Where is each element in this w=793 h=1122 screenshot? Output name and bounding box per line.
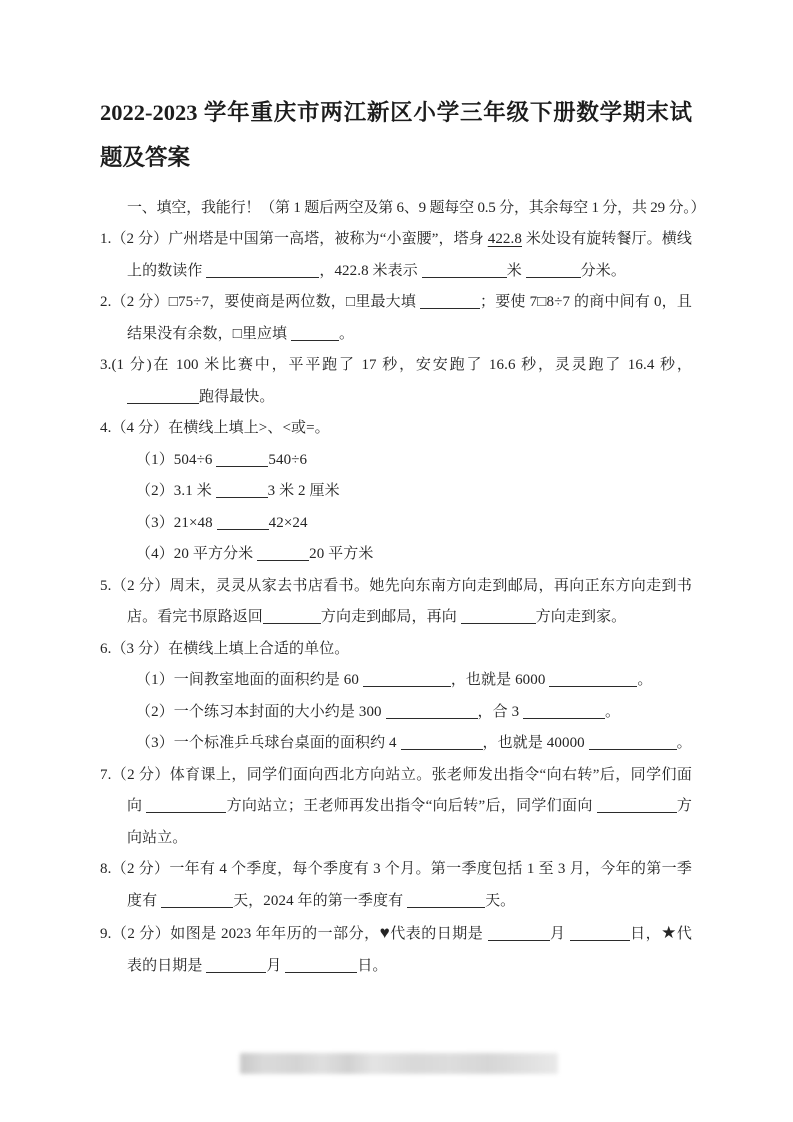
- page-title: 2022-2023 学年重庆市两江新区小学三年级下册数学期末试题及答案: [100, 90, 692, 180]
- questions-list: 1.（2 分）广州塔是中国第一高塔，被称为“小蛮腰”，塔身 422.8 米处设有…: [100, 224, 692, 982]
- answer-blank: [461, 608, 536, 624]
- answer-blank: [263, 608, 321, 624]
- answer-blank: [216, 451, 268, 467]
- answer-blank: [488, 925, 550, 941]
- answer-blank: [407, 892, 485, 908]
- question-3-paragraph: 3.(1 分)在 100 米比赛中，平平跑了 17 秒，安安跑了 16.6 秒，…: [100, 350, 692, 413]
- question-2-paragraph: 2.（2 分）□75÷7，要使商是两位数，□里最大填 ；要使 7□8÷7 的商中…: [100, 287, 692, 350]
- answer-blank: [161, 892, 233, 908]
- question-5-paragraph: 5.（2 分）周末，灵灵从家去书店看书。她先向东南方向走到邮局，再向正东方向走到…: [100, 571, 692, 634]
- question-4-paragraph: （3）21×48 42×24: [100, 508, 692, 540]
- answer-blank: [422, 262, 507, 278]
- exam-document-page: 2022-2023 学年重庆市两江新区小学三年级下册数学期末试题及答案 一、填空…: [0, 0, 793, 1122]
- question-1-paragraph: 1.（2 分）广州塔是中国第一高塔，被称为“小蛮腰”，塔身 422.8 米处设有…: [100, 224, 692, 287]
- star-icon: ★: [661, 923, 677, 942]
- answer-blank: [549, 671, 637, 687]
- question-4-paragraph: 4.（4 分）在横线上填上>、<或=。: [100, 413, 692, 445]
- question-8-paragraph: 8.（2 分）一年有 4 个季度，每个季度有 3 个月。第一季度包括 1 至 3…: [100, 854, 692, 917]
- answer-blank: [597, 797, 677, 813]
- answer-blank: [401, 734, 483, 750]
- answer-blank: [285, 957, 357, 973]
- answer-blank: [589, 734, 677, 750]
- question-4-paragraph: （2）3.1 米 3 米 2 厘米: [100, 476, 692, 508]
- question-6-paragraph: （3）一个标准乒乓球台桌面的面积约 4 ，也就是 40000 。: [100, 728, 692, 760]
- answer-blank: [291, 325, 339, 341]
- answer-blank: [526, 262, 581, 278]
- answer-blank: [570, 925, 630, 941]
- section-header: 一、填空，我能行！（第 1 题后两空及第 6、9 题每空 0.5 分，其余每空 …: [100, 192, 692, 224]
- question-7-paragraph: 7.（2 分）体育课上，同学们面向西北方向站立。张老师发出指令“向右转”后，同学…: [100, 760, 692, 855]
- underlined-number: 422.8: [488, 231, 522, 247]
- redacted-watermark-bar: [240, 1053, 558, 1074]
- answer-blank: [386, 703, 478, 719]
- question-6-paragraph: 6.（3 分）在横线上填上合适的单位。: [100, 634, 692, 666]
- answer-blank: [206, 957, 266, 973]
- answer-blank: [257, 545, 309, 561]
- question-4-paragraph: （4）20 平方分米 20 平方米: [100, 539, 692, 571]
- heart-icon: ♥: [380, 923, 391, 942]
- answer-blank: [146, 797, 226, 813]
- document-content: 2022-2023 学年重庆市两江新区小学三年级下册数学期末试题及答案 一、填空…: [100, 90, 692, 982]
- answer-blank: [523, 703, 605, 719]
- question-6-paragraph: （1）一间教室地面的面积约是 60 ，也就是 6000 。: [100, 665, 692, 697]
- answer-blank: [216, 482, 268, 498]
- question-9-paragraph: 9.（2 分）如图是 2023 年年历的一部分，♥代表的日期是 月 日，★代表的…: [100, 917, 692, 982]
- answer-blank: [127, 388, 199, 404]
- answer-blank: [363, 671, 451, 687]
- question-6-paragraph: （2）一个练习本封面的大小约是 300 ，合 3 。: [100, 697, 692, 729]
- question-4-paragraph: （1）504÷6 540÷6: [100, 445, 692, 477]
- answer-blank: [206, 262, 319, 278]
- answer-blank: [217, 514, 269, 530]
- answer-blank: [420, 293, 480, 309]
